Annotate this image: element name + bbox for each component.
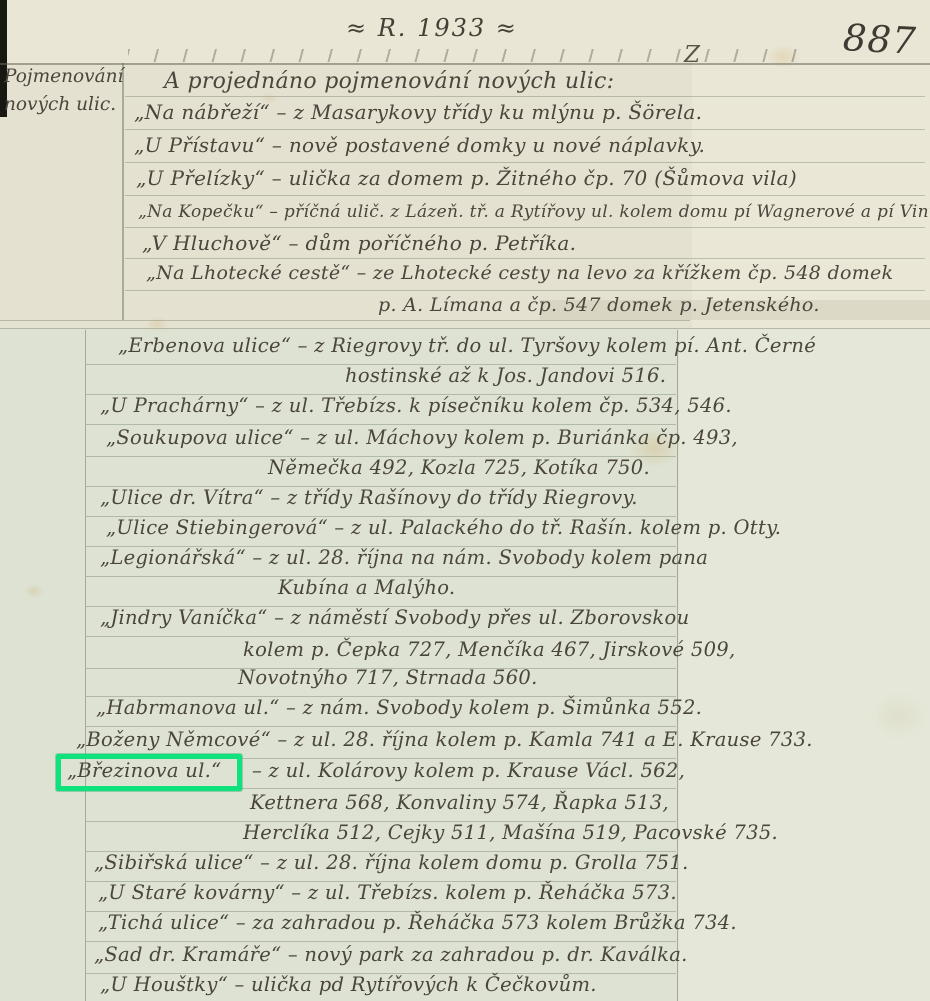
street-entry: „Habrmanova ul.“ – z nám. Svobody kolem … bbox=[96, 697, 702, 718]
margin-note-line1: Pojmenování bbox=[4, 66, 123, 87]
street-entry: „Soukupova ulice“ – z ul. Máchovy kolem … bbox=[106, 427, 738, 448]
street-entry-continuation: p. A. Límana a čp. 547 domek p. Jetenské… bbox=[378, 295, 820, 316]
paper-stain bbox=[24, 584, 44, 598]
street-entry: „Ulice Stiebingerová“ – z ul. Palackého … bbox=[106, 517, 781, 538]
ruled-line bbox=[125, 96, 925, 97]
ruled-line bbox=[125, 227, 925, 228]
manuscript-page: Z ≈ R. 1933 ≈ 887 Pojmenování nových uli… bbox=[0, 0, 930, 1001]
street-entry: „Sad dr. Kramáře“ – nový park za zahrado… bbox=[94, 944, 688, 965]
street-entry-continuation: Kubína a Malýho. bbox=[278, 577, 455, 598]
street-entry: „Tichá ulice“ – za zahradou p. Řeháčka 5… bbox=[98, 912, 737, 933]
street-entry: „Na Lhotecké cestě“ – ze Lhotecké cesty … bbox=[146, 263, 893, 284]
section-top-border bbox=[0, 63, 930, 65]
street-entry-continuation: hostinské až k Jos. Jandovi 516. bbox=[345, 365, 666, 386]
ruled-line bbox=[125, 195, 925, 196]
street-entry: „Na nábřeží“ – z Masarykovy třídy ku mlý… bbox=[134, 101, 702, 123]
highlighted-street-description: – z ul. Kolárovy kolem p. Krause Václ. 5… bbox=[252, 760, 685, 781]
street-entry: „Boženy Němcové“ – z ul. 28. října kolem… bbox=[76, 729, 813, 750]
ruled-line bbox=[125, 258, 925, 259]
margin-note-line2: nových ulic. bbox=[4, 94, 116, 115]
street-entry: „U Staré kovárny“ – z ul. Třebízs. kolem… bbox=[98, 882, 677, 903]
page-number: 887 bbox=[842, 16, 918, 63]
street-entry: „Sibiřská ulice“ – z ul. 28. října kolem… bbox=[94, 852, 689, 873]
street-entry: „U Přelízky“ – ulička za domem p. Žitnéh… bbox=[136, 167, 797, 189]
street-entry-continuation: Kettnera 568, Konvaliny 574, Řapka 513, bbox=[250, 792, 669, 813]
highlighted-street-name: „Březinova ul.“ bbox=[67, 760, 221, 781]
ruled-line bbox=[125, 290, 925, 291]
street-entry: „V Hluchově“ – dům poříčného p. Petříka. bbox=[142, 232, 576, 254]
column-divider bbox=[122, 63, 124, 320]
intro-line: A projednáno pojmenování nových ulic: bbox=[164, 70, 614, 94]
street-entry: „Jindry Vaníčka“ – z náměstí Svobody pře… bbox=[100, 607, 689, 628]
ruled-line bbox=[86, 424, 676, 425]
ruled-line bbox=[125, 162, 925, 163]
street-entry-continuation: Němečka 492, Kozla 725, Kotíka 750. bbox=[268, 457, 650, 478]
street-entry: „Ulice dr. Vítra“ – z třídy Rašínovy do … bbox=[100, 487, 638, 508]
ruled-line bbox=[86, 941, 676, 942]
street-entry-continuation: Herclíka 512, Cejky 511, Mašína 519, Pac… bbox=[243, 822, 778, 843]
left-margin-line bbox=[85, 330, 86, 1001]
street-entry: „U Přístavu“ – nově postavené domky u no… bbox=[134, 134, 705, 156]
street-entry: „U Houštky“ – ulička pd Rytířových k Čeč… bbox=[100, 974, 597, 995]
scan-seam bbox=[0, 328, 930, 329]
street-entry: „U Prachárny“ – z ul. Třebízs. k píseční… bbox=[100, 395, 732, 416]
paper-stain bbox=[146, 316, 168, 332]
street-entry: „Legionářská“ – z ul. 28. října na nám. … bbox=[100, 547, 708, 568]
clipped-text-strokes bbox=[128, 49, 818, 62]
ruled-line bbox=[86, 636, 676, 637]
paper-stain bbox=[868, 690, 930, 742]
year-heading: ≈ R. 1933 ≈ bbox=[346, 14, 518, 42]
street-entry-continuation: Novotnýho 717, Strnada 560. bbox=[238, 667, 538, 688]
street-entry: „Na Kopečku“ – příčná ulič. z Lázeň. tř.… bbox=[138, 203, 930, 222]
ruled-line bbox=[125, 129, 925, 130]
street-entry: „Erbenova ulice“ – z Riegrovy tř. do ul.… bbox=[118, 335, 816, 356]
ruled-line bbox=[86, 726, 676, 727]
street-entry-continuation: kolem p. Čepka 727, Menčíka 467, Jirskov… bbox=[243, 639, 736, 660]
section-bottom-border bbox=[0, 320, 690, 321]
